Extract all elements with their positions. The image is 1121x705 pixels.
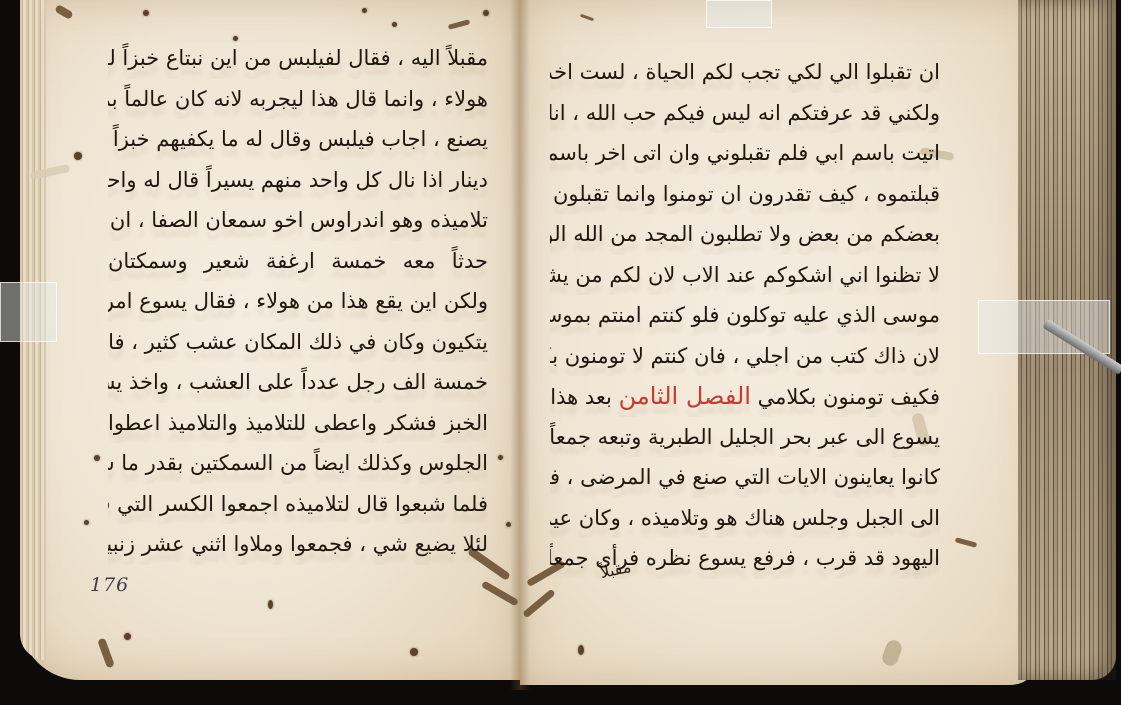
text-line-with-heading: فكيف تومنون بكلامي الفصل الثامن بعد هذا … xyxy=(550,376,940,417)
text-line: لئلا يضيع شي ، فجمعوا وملاوا اثني عشر زن… xyxy=(108,524,488,565)
text-line-start: فكيف تومنون بكلامي xyxy=(758,385,940,409)
text-line: لا تظنوا اني اشكوكم عند الاب لان لكم من … xyxy=(550,255,940,296)
wormhole-damage xyxy=(84,520,89,525)
wormhole-damage xyxy=(124,633,131,640)
text-line: موسى الذي عليه توكلون فلو كنتم امنتم بمو… xyxy=(550,295,940,336)
wormhole-damage xyxy=(362,8,367,13)
text-line: اتيت باسم ابي فلم تقبلوني وان اتى اخر با… xyxy=(550,133,940,174)
wormhole-damage xyxy=(143,10,149,16)
text-line: الى الجبل وجلس هناك هو وتلاميذه ، وكان ع… xyxy=(550,498,940,539)
text-line: خمسة الف رجل عدداً على العشب ، واخذ يسوع… xyxy=(108,362,488,403)
text-line: الجلوس وكذلك ايضاً من السمكتين بقدر ما ش… xyxy=(108,443,488,484)
text-line: حدثاً معه خمسة ارغفة شعير وسمكتان xyxy=(108,241,488,282)
text-line: ان تقبلوا الي لكي تجب لكم الحياة ، لست ا… xyxy=(550,52,940,93)
wormhole-damage xyxy=(268,600,273,609)
left-page-text: مقبلاً اليه ، فقال لفيلبس من اين نبتاع خ… xyxy=(108,38,488,565)
wormhole-damage xyxy=(578,645,584,655)
open-manuscript: مقبلاً اليه ، فقال لفيلبس من اين نبتاع خ… xyxy=(0,0,1121,705)
wormhole-damage xyxy=(392,22,397,27)
text-line: كانوا يعاينون الايات التي صنع في المرضى … xyxy=(550,457,940,498)
repair-tape xyxy=(0,282,57,342)
text-line: بعضكم من بعض ولا تطلبون المجد من الله ال… xyxy=(550,214,940,255)
text-line: تلاميذه وهو اندراوس اخو سمعان الصفا ، ان… xyxy=(108,200,488,241)
text-line: يتكيون وكان في ذلك المكان عشب كثير ، فات… xyxy=(108,322,488,363)
right-page-text: ان تقبلوا الي لكي تجب لكم الحياة ، لست ا… xyxy=(550,52,940,579)
text-line: دينار اذا نال كل واحد منهم يسيراً قال له… xyxy=(108,160,488,201)
chapter-heading: الفصل الثامن xyxy=(619,382,751,410)
wormhole-damage xyxy=(74,152,82,160)
wormhole-damage xyxy=(498,455,503,460)
text-line: الخبز فشكر واعطى للتلاميذ والتلاميذ اعطو… xyxy=(108,403,488,444)
gutter xyxy=(510,0,530,690)
text-line: هولاء ، وانما قال هذا ليجربه لانه كان عا… xyxy=(108,79,488,120)
text-line: فلما شبعوا قال لتلاميذه اجمعوا الكسر الت… xyxy=(108,484,488,525)
wormhole-damage xyxy=(94,455,100,461)
wormhole-damage xyxy=(483,10,489,16)
text-line: مقبلاً اليه ، فقال لفيلبس من اين نبتاع خ… xyxy=(108,38,488,79)
text-line: ولكن اين يقع هذا من هولاء ، فقال يسوع ام… xyxy=(108,281,488,322)
repair-tape xyxy=(706,0,772,28)
text-line: لان ذاك كتب من اجلي ، فان كنتم لا تومنون… xyxy=(550,336,940,377)
text-line: ولكني قد عرفتكم انه ليس فيكم حب الله ، ا… xyxy=(550,93,940,134)
wormhole-damage xyxy=(506,522,511,527)
text-line: يصنع ، اجاب فيلبس وقال له ما يكفيهم خبزا… xyxy=(108,119,488,160)
folio-number: 176 xyxy=(90,574,129,596)
text-line: قبلتموه ، كيف تقدرون ان تومنوا وانما تقب… xyxy=(550,174,940,215)
text-line: يسوع الى عبر بحر الجليل الطبرية وتبعه جم… xyxy=(550,417,940,458)
wormhole-damage xyxy=(410,648,418,656)
text-line-end: بعد هذا مضى xyxy=(550,385,612,409)
